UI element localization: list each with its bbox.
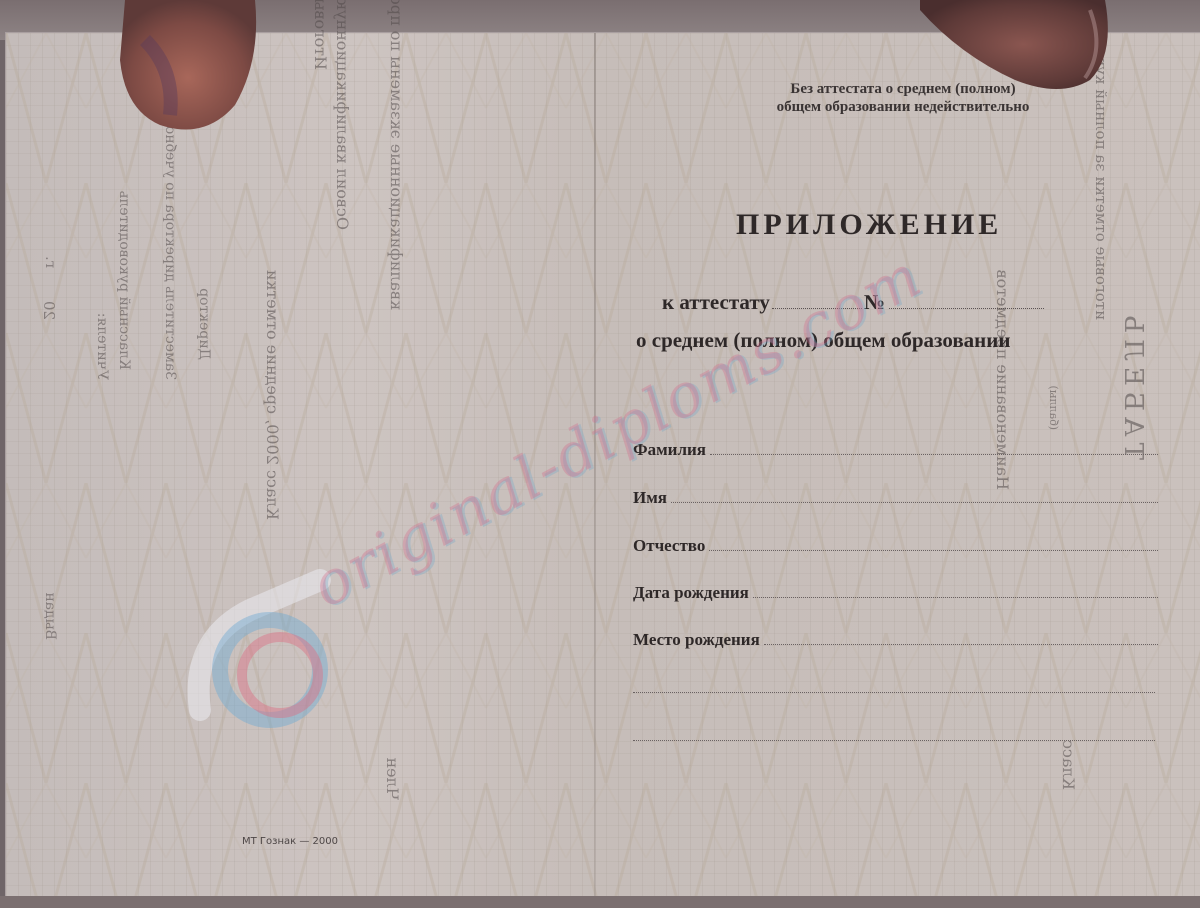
field-blank <box>671 501 1158 503</box>
document-sheet <box>6 33 1200 898</box>
field-label: Имя <box>633 488 667 508</box>
birth-place-continuation-line <box>633 740 1155 741</box>
number-sign: № <box>864 290 885 315</box>
show-through-text: итоговые отметки за полный курс <box>1092 48 1110 320</box>
field-birth-place: Место рождения <box>633 630 1158 650</box>
field-birth-date: Дата рождения <box>633 583 1158 603</box>
field-label: Дата рождения <box>633 583 749 603</box>
validity-notice-line-1: Без аттестата о среднем (полном) <box>728 80 1078 98</box>
field-patronymic: Отчество <box>633 536 1158 556</box>
printer-imprint: МТ Гознак — 2000 <box>242 836 338 847</box>
show-through-text: Заместитель директора по учебно-воспитат… <box>162 0 178 380</box>
validity-notice: Без аттестата о среднем (полном) общем о… <box>728 80 1078 116</box>
field-label: Место рождения <box>633 630 760 650</box>
field-label: Фамилия <box>633 440 706 460</box>
certificate-number-blank <box>889 307 1044 309</box>
document-subtitle: о среднем (полном) общем образовании <box>636 328 1010 353</box>
show-through-text: Освоил квалификационную базу (класс, кат… <box>333 0 352 230</box>
validity-notice-line-2: общем образовании недействительно <box>728 98 1078 116</box>
document-title: ПРИЛОЖЕНИЕ <box>736 208 1002 242</box>
field-blank <box>764 643 1158 645</box>
field-blank <box>709 549 1158 551</box>
field-blank <box>753 596 1158 598</box>
show-through-text: Директор <box>196 288 212 360</box>
field-blank <box>710 453 1158 455</box>
field-label: Отчество <box>633 536 705 556</box>
reference-label: к аттестату <box>662 290 770 315</box>
show-through-text: (баллы) <box>1047 386 1060 431</box>
show-through-text: 20 <box>40 301 58 320</box>
certificate-reference: к аттестату № <box>662 290 1044 315</box>
birth-place-continuation-line <box>633 692 1155 693</box>
show-through-text: Выдан <box>42 592 58 640</box>
reference-blank <box>772 307 862 309</box>
show-through-text: квалификационные экзамены по профессии <box>387 0 406 310</box>
field-surname: Фамилия <box>633 440 1158 460</box>
show-through-text: Учителя: <box>94 313 110 380</box>
show-through-text: Класс 2000, средние отметки <box>263 270 282 520</box>
show-through-text: Класс <box>1059 740 1078 790</box>
guilloche-pattern <box>6 33 1200 898</box>
show-through-text: г. <box>42 256 58 268</box>
show-through-text: Итоговые отметки по факультативным курса… <box>311 0 330 70</box>
field-first-name: Имя <box>633 488 1158 508</box>
show-through-text: Классный руководитель <box>116 191 132 370</box>
show-through-text: ТАБЕЛЬ <box>1118 310 1148 460</box>
show-through-text: Член <box>383 757 402 800</box>
photo-bottom-edge <box>0 896 1200 908</box>
page-fold <box>594 33 596 898</box>
